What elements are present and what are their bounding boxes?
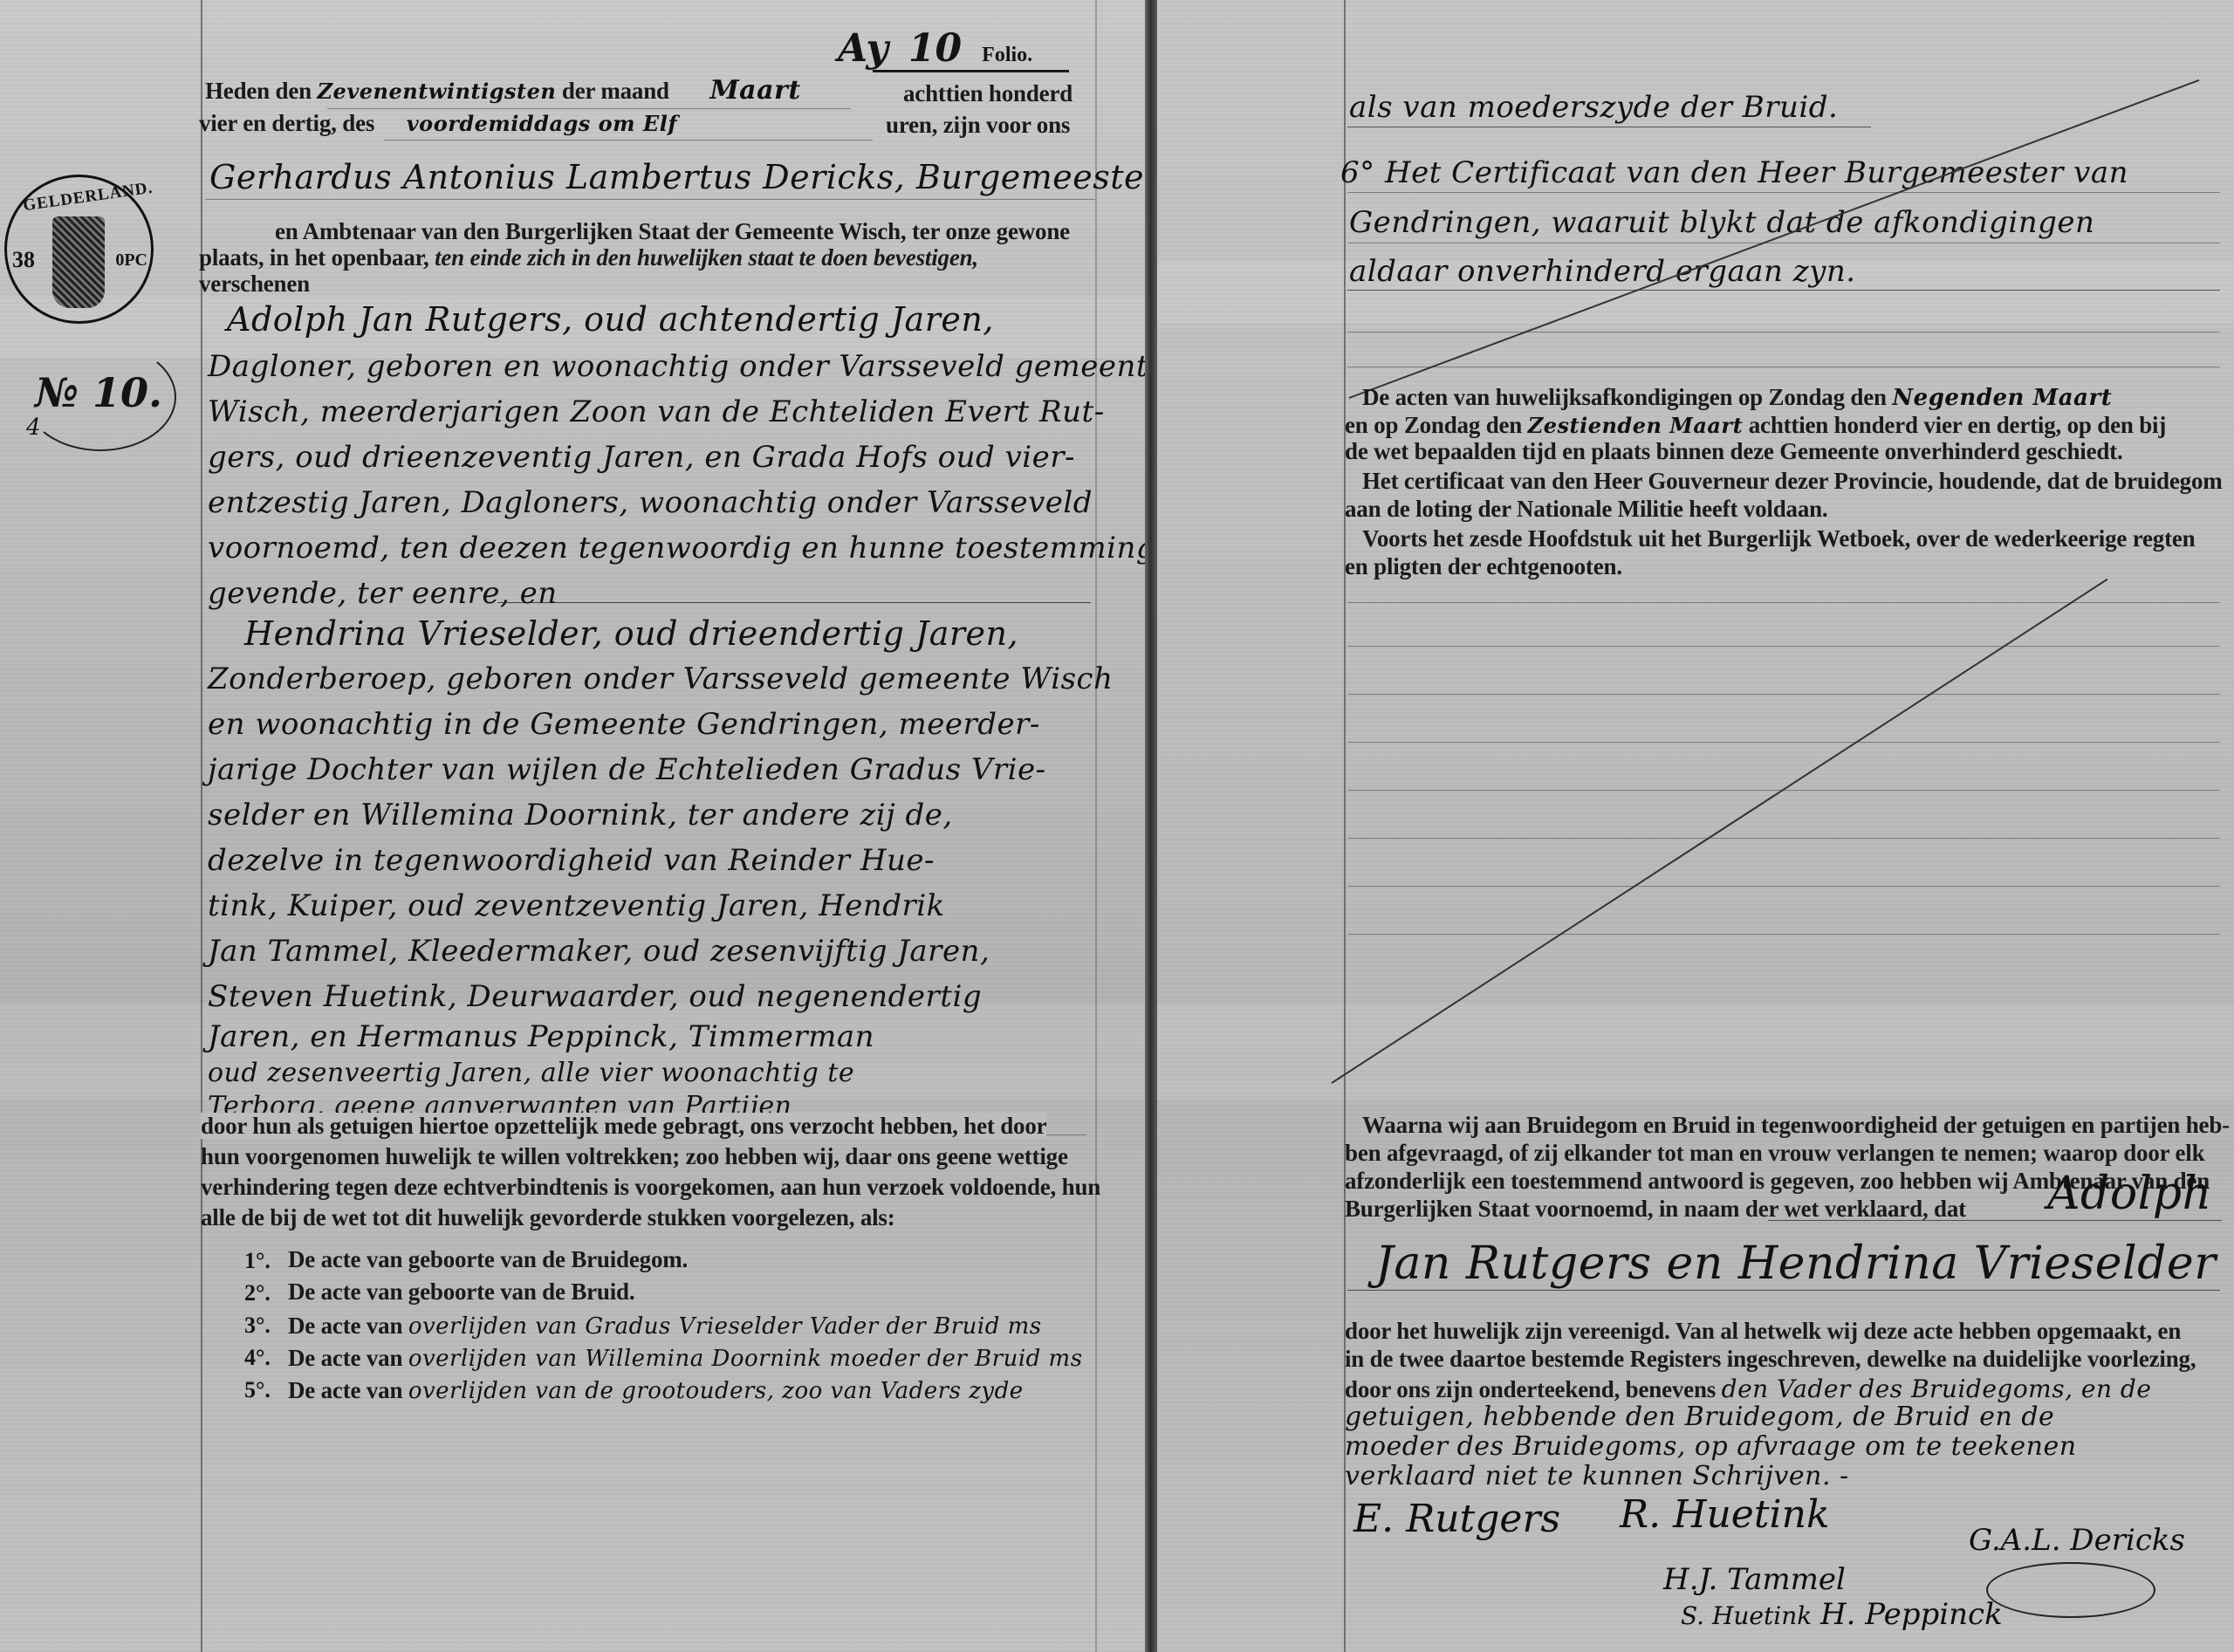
fill-line: [1768, 1220, 2222, 1221]
right-page: als van moederszyde der Bruid. 6° Het Ce…: [1157, 0, 2234, 1652]
handwritten-line: Jaren, en Hermanus Peppinck, Timmerman: [208, 1021, 874, 1052]
handwritten-line: Wisch, meerderjarigen Zoon van de Echtel…: [208, 396, 1105, 428]
right-margin-line: [1095, 0, 1097, 1652]
folio-label: Folio.: [982, 44, 1032, 66]
printed-text: De acte van: [288, 1377, 402, 1403]
record-number: № 10.: [35, 369, 162, 416]
couple-names: Jan Rutgers en Hendrina Vrieselder: [1375, 1239, 2217, 1288]
intro-line-5: verschenen: [199, 271, 310, 297]
handwritten-line: dezelve in tegenwoordigheid van Reinder …: [208, 845, 935, 876]
handwritten-line: verklaard niet te kunnen Schrijven. -: [1345, 1461, 1849, 1492]
proclamation-line-3: de wet bepaalden tijd en plaats binnen d…: [1345, 438, 2123, 464]
printed-text: plaats, in het openbaar,: [199, 244, 429, 271]
handwritten-time: voordemiddags om Elf: [407, 111, 677, 136]
signature-h-peppinck: H. Peppinck: [1820, 1597, 2003, 1632]
list-num: 4°.: [244, 1345, 271, 1371]
scan-light-band: [1157, 1004, 2234, 1100]
handwritten-day: Zevenentwintigsten: [318, 79, 557, 104]
handwritten-date: Zestienden Maart: [1528, 413, 1743, 438]
fill-line: [1347, 127, 1871, 127]
list-item: De acte van geboorte van de Bruid.: [288, 1278, 634, 1305]
left-page: Ay 10 Folio. GELDERLAND. 38 0PC № 10. 4 …: [0, 0, 1145, 1652]
printed-text: achttien honderd vier en dertig, op den …: [1749, 412, 2166, 438]
closing-line-3: door ons zijn onderteekend, benevens den…: [1345, 1374, 2151, 1405]
signature-dericks: G.A.L. Dericks: [1969, 1523, 2185, 1558]
proclamation-line-4: Het certificaat van den Heer Gouverneur …: [1362, 468, 2223, 494]
stamp-value-left: 38: [12, 247, 35, 273]
printed-text: Heden den: [205, 78, 312, 104]
folio-header: Ay 10 Folio.: [838, 26, 1032, 71]
list-num: 3°.: [244, 1313, 271, 1339]
handwritten-line: Steven Huetink, Deurwaarder, oud negenen…: [208, 981, 982, 1012]
proclamation-line-1: De acten van huwelijksafkondigingen op Z…: [1362, 382, 2112, 414]
folio-prefix: Ay: [838, 26, 888, 71]
continuation-line: als van moederszyde der Bruid.: [1349, 92, 1838, 123]
proclamation-line-5: aan de loting der Nationale Militie heef…: [1345, 496, 1827, 522]
stamp-region: GELDERLAND.: [22, 179, 154, 216]
intro-line-2-end: uren, zijn voor ons: [886, 112, 1070, 138]
closing-line-1: door het huwelijk zijn vereenigd. Van al…: [1345, 1318, 2181, 1344]
groom-first-name: Adolph: [2047, 1169, 2212, 1218]
list-item: De acte van geboorte van de Bruidegom.: [288, 1246, 688, 1272]
printed-text: De acte van: [288, 1345, 402, 1371]
bride-line: Hendrina Vrieselder, oud drieendertig Ja…: [244, 618, 1018, 649]
list-num: 5°.: [244, 1377, 271, 1403]
handwritten-text: den Vader des Bruidegoms, en de: [1722, 1374, 2152, 1403]
handwritten-line: selder en Willemina Doornink, ter andere…: [208, 799, 953, 831]
handwritten-month: Maart: [709, 75, 800, 106]
intro-line-2: vier en dertig, des voordemiddags om Elf: [199, 108, 677, 140]
handwritten-line: Dagloner, geboren en woonachtig onder Va…: [208, 351, 1145, 382]
margin-mark: 4: [26, 412, 41, 443]
intro-line-1-end: achttien honderd: [903, 80, 1072, 106]
gelderland-tax-stamp: GELDERLAND. 38 0PC: [4, 175, 154, 324]
handwritten-line: entzestig Jaren, Dagloners, woonachtig o…: [208, 487, 1093, 518]
proclamation-line-6: Voorts het zesde Hoofdstuk uit het Burge…: [1362, 525, 2195, 552]
blank-line: [1347, 694, 2220, 695]
list-num: 1°.: [244, 1248, 271, 1274]
continuation-line: Gendringen, waaruit blykt dat de afkondi…: [1349, 207, 2094, 238]
printed-text: De acte van: [288, 1313, 402, 1339]
blank-line: [1347, 886, 2220, 887]
list-item: De acte van overlijden van Gradus Vriese…: [288, 1311, 1042, 1342]
handwritten-line: Zonderberoep, geboren onder Varsseveld g…: [208, 663, 1113, 695]
intro-line-3: en Ambtenaar van den Burgerlijken Staat …: [275, 218, 1070, 244]
fill-line: [1347, 1290, 2220, 1291]
handwritten-text: overlijden van Willemina Doornink moeder…: [408, 1346, 1083, 1372]
handwritten-line: en woonachtig in de Gemeente Gendringen,…: [208, 709, 1040, 740]
intro-line-4: plaats, in het openbaar, ten einde zich …: [199, 244, 978, 271]
list-item: De acte van overlijden van de grootouder…: [288, 1375, 1024, 1407]
stamp-value-right: 0PC: [115, 250, 147, 271]
record-number-circle: № 10.: [24, 343, 176, 451]
blank-line: [1347, 838, 2220, 839]
closing-line-1: door hun als getuigen hiertoe opzettelij…: [201, 1113, 1046, 1139]
blank-line: [1347, 602, 2220, 603]
declaration-line-1: Waarna wij aan Bruidegom en Bruid in teg…: [1362, 1112, 2230, 1138]
list-item: De acte van overlijden van Willemina Doo…: [288, 1343, 1083, 1374]
fill-line: [205, 199, 1095, 200]
list-num: 2°.: [244, 1280, 271, 1306]
groom-line: Adolph Jan Rutgers, oud achtendertig Jar…: [227, 304, 994, 335]
handwritten-line: gers, oud drieenzeventig Jaren, en Grada…: [208, 442, 1075, 473]
handwritten-line: getuigen, hebbende den Bruidegom, de Bru…: [1345, 1402, 2054, 1433]
printed-italic-text: ten einde zich in den huwelijken staat t…: [435, 244, 978, 271]
folio-number: 10: [908, 26, 962, 71]
printed-text: der maand: [562, 78, 669, 104]
handwritten-line: gevende, ter eenre, en: [208, 578, 558, 609]
signature-e-rutgers: E. Rutgers: [1353, 1497, 1560, 1541]
proclamation-line-2: en op Zondag den Zestienden Maart achtti…: [1345, 410, 2166, 442]
printed-text: vier en dertig, des: [199, 110, 374, 136]
signature-h-j-tammel: H.J. Tammel: [1663, 1562, 1846, 1597]
folio-underline: [873, 70, 1069, 72]
proclamation-line-7: en pligten der echtgenooten.: [1345, 553, 1622, 579]
signature-flourish: [1986, 1562, 2155, 1618]
handwritten-line: voornoemd, ten deezen tegenwoordig en hu…: [208, 532, 1145, 564]
official-name: Gerhardus Antonius Lambertus Dericks, Bu…: [209, 161, 1145, 193]
blank-line: [1347, 742, 2220, 743]
closing-line-2: hun voorgenomen huwelijk te willen voltr…: [201, 1143, 1068, 1169]
printed-text: De acten van huwelijksafkondigingen op Z…: [1362, 384, 1887, 410]
declaration-line-4: Burgerlijken Staat voornoemd, in naam de…: [1345, 1196, 1966, 1222]
closing-line-3: verhindering tegen deze echtverbindtenis…: [201, 1174, 1100, 1200]
closing-line-4: alle de bij de wet tot dit huwelijk gevo…: [201, 1204, 895, 1230]
coat-of-arms-icon: [52, 216, 105, 308]
printed-text: door ons zijn onderteekend, benevens: [1345, 1376, 1716, 1402]
handwritten-line: jarige Dochter van wijlen de Echtelieden…: [208, 754, 1046, 785]
fill-line: [384, 140, 873, 141]
closing-line-2: in de twee daartoe bestemde Registers in…: [1345, 1346, 2196, 1372]
fill-line: [1347, 290, 2220, 291]
continuation-line: aldaar onverhinderd ergaan zyn.: [1349, 256, 1856, 287]
handwritten-line: moeder des Bruidegoms, op afvraage om te…: [1345, 1431, 2077, 1463]
intro-line-1: Heden den Zevenentwintigsten der maand M…: [205, 75, 801, 107]
handwritten-text: overlijden van Gradus Vrieselder Vader d…: [408, 1313, 1042, 1340]
handwritten-line: tink, Kuiper, oud zeventzeventig Jaren, …: [208, 890, 945, 922]
blank-line: [1347, 646, 2220, 647]
fill-line: [1347, 192, 2220, 193]
declaration-line-2: ben afgevraagd, of zij elkander tot man …: [1345, 1140, 2204, 1166]
handwritten-text: overlijden van de grootouders, zoo van V…: [408, 1378, 1024, 1404]
blank-line: [1347, 367, 2220, 367]
blank-line: [1347, 332, 2220, 332]
book-gutter: [1145, 0, 1157, 1652]
fill-line: [1347, 243, 2220, 243]
signature-s-huetink: S. Huetink: [1681, 1601, 1812, 1630]
handwritten-line: Jan Tammel, Kleedermaker, oud zesenvijft…: [208, 936, 990, 967]
handwritten-date: Negenden Maart: [1892, 385, 2112, 411]
printed-text: en op Zondag den: [1345, 412, 1522, 438]
signature-r-huetink: R. Huetink: [1620, 1492, 1830, 1537]
continuation-line: 6° Het Certificaat van den Heer Burgemee…: [1340, 157, 2128, 189]
blank-line: [1347, 934, 2220, 935]
fill-line: [497, 602, 1091, 603]
handwritten-line: oud zesenveertig Jaren, alle vier woonac…: [208, 1058, 854, 1089]
